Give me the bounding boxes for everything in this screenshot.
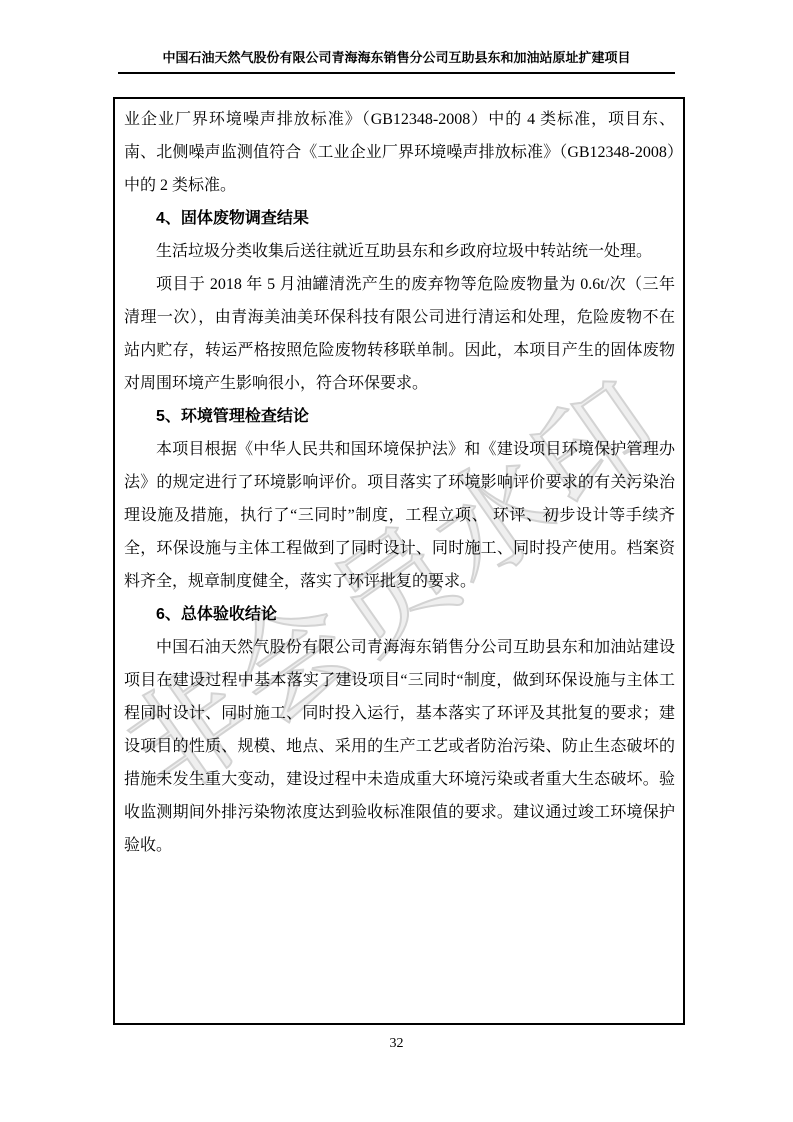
paragraph: 本项目根据《中华人民共和国环境保护法》和《建设项目环境保护管理办法》的规定进行了… — [124, 433, 675, 598]
page-number: 32 — [0, 1036, 793, 1052]
content-box: 业企业厂界环境噪声排放标准》（GB12348-2008）中的 4 类标准，项目东… — [113, 97, 685, 1025]
paragraph: 项目于 2018 年 5 月油罐清洗产生的废弃物等危险废物量为 0.6t/次（三… — [124, 268, 675, 400]
document-header-title: 中国石油天然气股份有限公司青海海东销售分公司互助县东和加油站原址扩建项目 — [118, 50, 675, 74]
paragraph: 业企业厂界环境噪声排放标准》（GB12348-2008）中的 4 类标准，项目东… — [124, 103, 675, 202]
document-page: { "page": { "header_title": "中国石油天然气股份有限… — [0, 0, 793, 1122]
section-heading: 4、固体废物调查结果 — [124, 202, 675, 235]
paragraph: 中国石油天然气股份有限公司青海海东销售分公司互助县东和加油站建设项目在建设过程中… — [124, 631, 675, 862]
paragraph: 生活垃圾分类收集后送往就近互助县东和乡政府垃圾中转站统一处理。 — [124, 235, 675, 268]
section-heading: 6、总体验收结论 — [124, 598, 675, 631]
section-heading: 5、环境管理检查结论 — [124, 400, 675, 433]
